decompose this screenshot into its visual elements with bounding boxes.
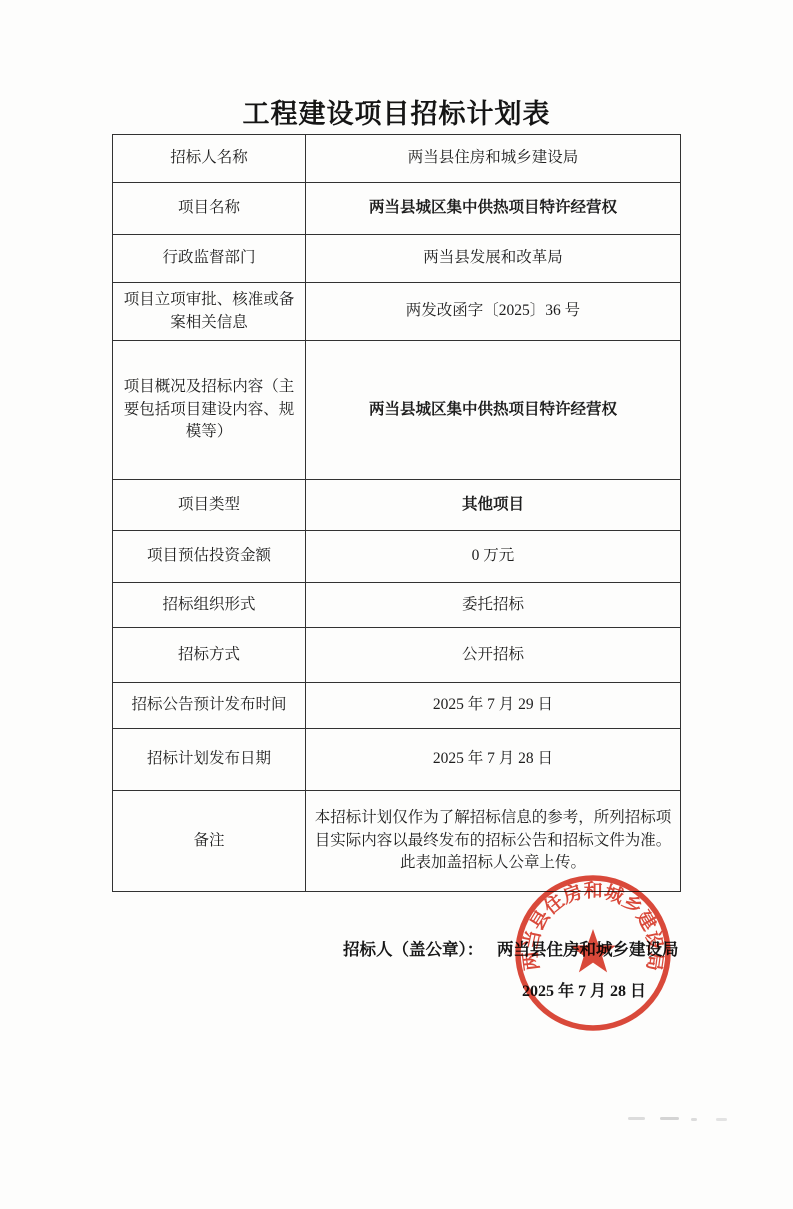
scan-artifact <box>716 1118 727 1121</box>
row-value-cell: 2025 年 7 月 28 日 <box>306 729 681 791</box>
row-label-cell: 招标计划发布日期 <box>113 729 306 791</box>
table-row: 招标方式 公开招标 <box>113 628 681 683</box>
row-label-cell: 行政监督部门 <box>113 235 306 283</box>
row-label-cell: 项目预估投资金额 <box>113 531 306 583</box>
table-row: 招标计划发布日期 2025 年 7 月 28 日 <box>113 729 681 791</box>
star-icon <box>570 929 616 972</box>
row-value-cell: 两当县城区集中供热项目特许经营权 <box>306 341 681 480</box>
table-row: 招标公告预计发布时间 2025 年 7 月 29 日 <box>113 683 681 729</box>
row-value-cell: 0 万元 <box>306 531 681 583</box>
table-row: 招标组织形式 委托招标 <box>113 583 681 628</box>
tender-plan-table: 招标人名称 两当县住房和城乡建设局 项目名称 两当县城区集中供热项目特许经营权 … <box>112 134 681 892</box>
row-label-cell: 招标人名称 <box>113 135 306 183</box>
row-value-cell: 两当县发展和改革局 <box>306 235 681 283</box>
row-value-cell: 委托招标 <box>306 583 681 628</box>
page-title: 工程建设项目招标计划表 <box>0 92 793 131</box>
row-value-cell: 两当县住房和城乡建设局 <box>306 135 681 183</box>
row-value-cell: 两当县城区集中供热项目特许经营权 <box>306 183 681 235</box>
table-row: 项目概况及招标内容（主要包括项目建设内容、规模等） 两当县城区集中供热项目特许经… <box>113 341 681 480</box>
table-row: 招标人名称 两当县住房和城乡建设局 <box>113 135 681 183</box>
row-label-cell: 招标方式 <box>113 628 306 683</box>
scan-artifact <box>628 1117 645 1120</box>
table-row: 项目立项审批、核准或备案相关信息 两发改函字〔2025〕36 号 <box>113 283 681 341</box>
table-row: 项目类型 其他项目 <box>113 480 681 531</box>
document-page: 工程建设项目招标计划表 招标人名称 两当县住房和城乡建设局 项目名称 两当县城区… <box>0 0 793 1209</box>
row-label-cell: 项目类型 <box>113 480 306 531</box>
row-label-cell: 项目概况及招标内容（主要包括项目建设内容、规模等） <box>113 341 306 480</box>
row-label-cell: 招标公告预计发布时间 <box>113 683 306 729</box>
signer-label: 招标人（盖公章）： <box>343 936 483 960</box>
row-value-cell: 两发改函字〔2025〕36 号 <box>306 283 681 341</box>
row-label-cell: 招标组织形式 <box>113 583 306 628</box>
table-row: 项目预估投资金额 0 万元 <box>113 531 681 583</box>
scan-artifact <box>691 1118 697 1121</box>
row-value-cell: 其他项目 <box>306 480 681 531</box>
row-value-cell: 2025 年 7 月 29 日 <box>306 683 681 729</box>
table-row: 行政监督部门 两当县发展和改革局 <box>113 235 681 283</box>
row-label-cell: 项目立项审批、核准或备案相关信息 <box>113 283 306 341</box>
scan-artifact <box>660 1117 679 1120</box>
row-label-cell: 项目名称 <box>113 183 306 235</box>
row-label-cell: 备注 <box>113 791 306 892</box>
table-row: 项目名称 两当县城区集中供热项目特许经营权 <box>113 183 681 235</box>
row-value-cell: 公开招标 <box>306 628 681 683</box>
official-seal: 两当县住房和城乡建设局 <box>511 871 675 1035</box>
